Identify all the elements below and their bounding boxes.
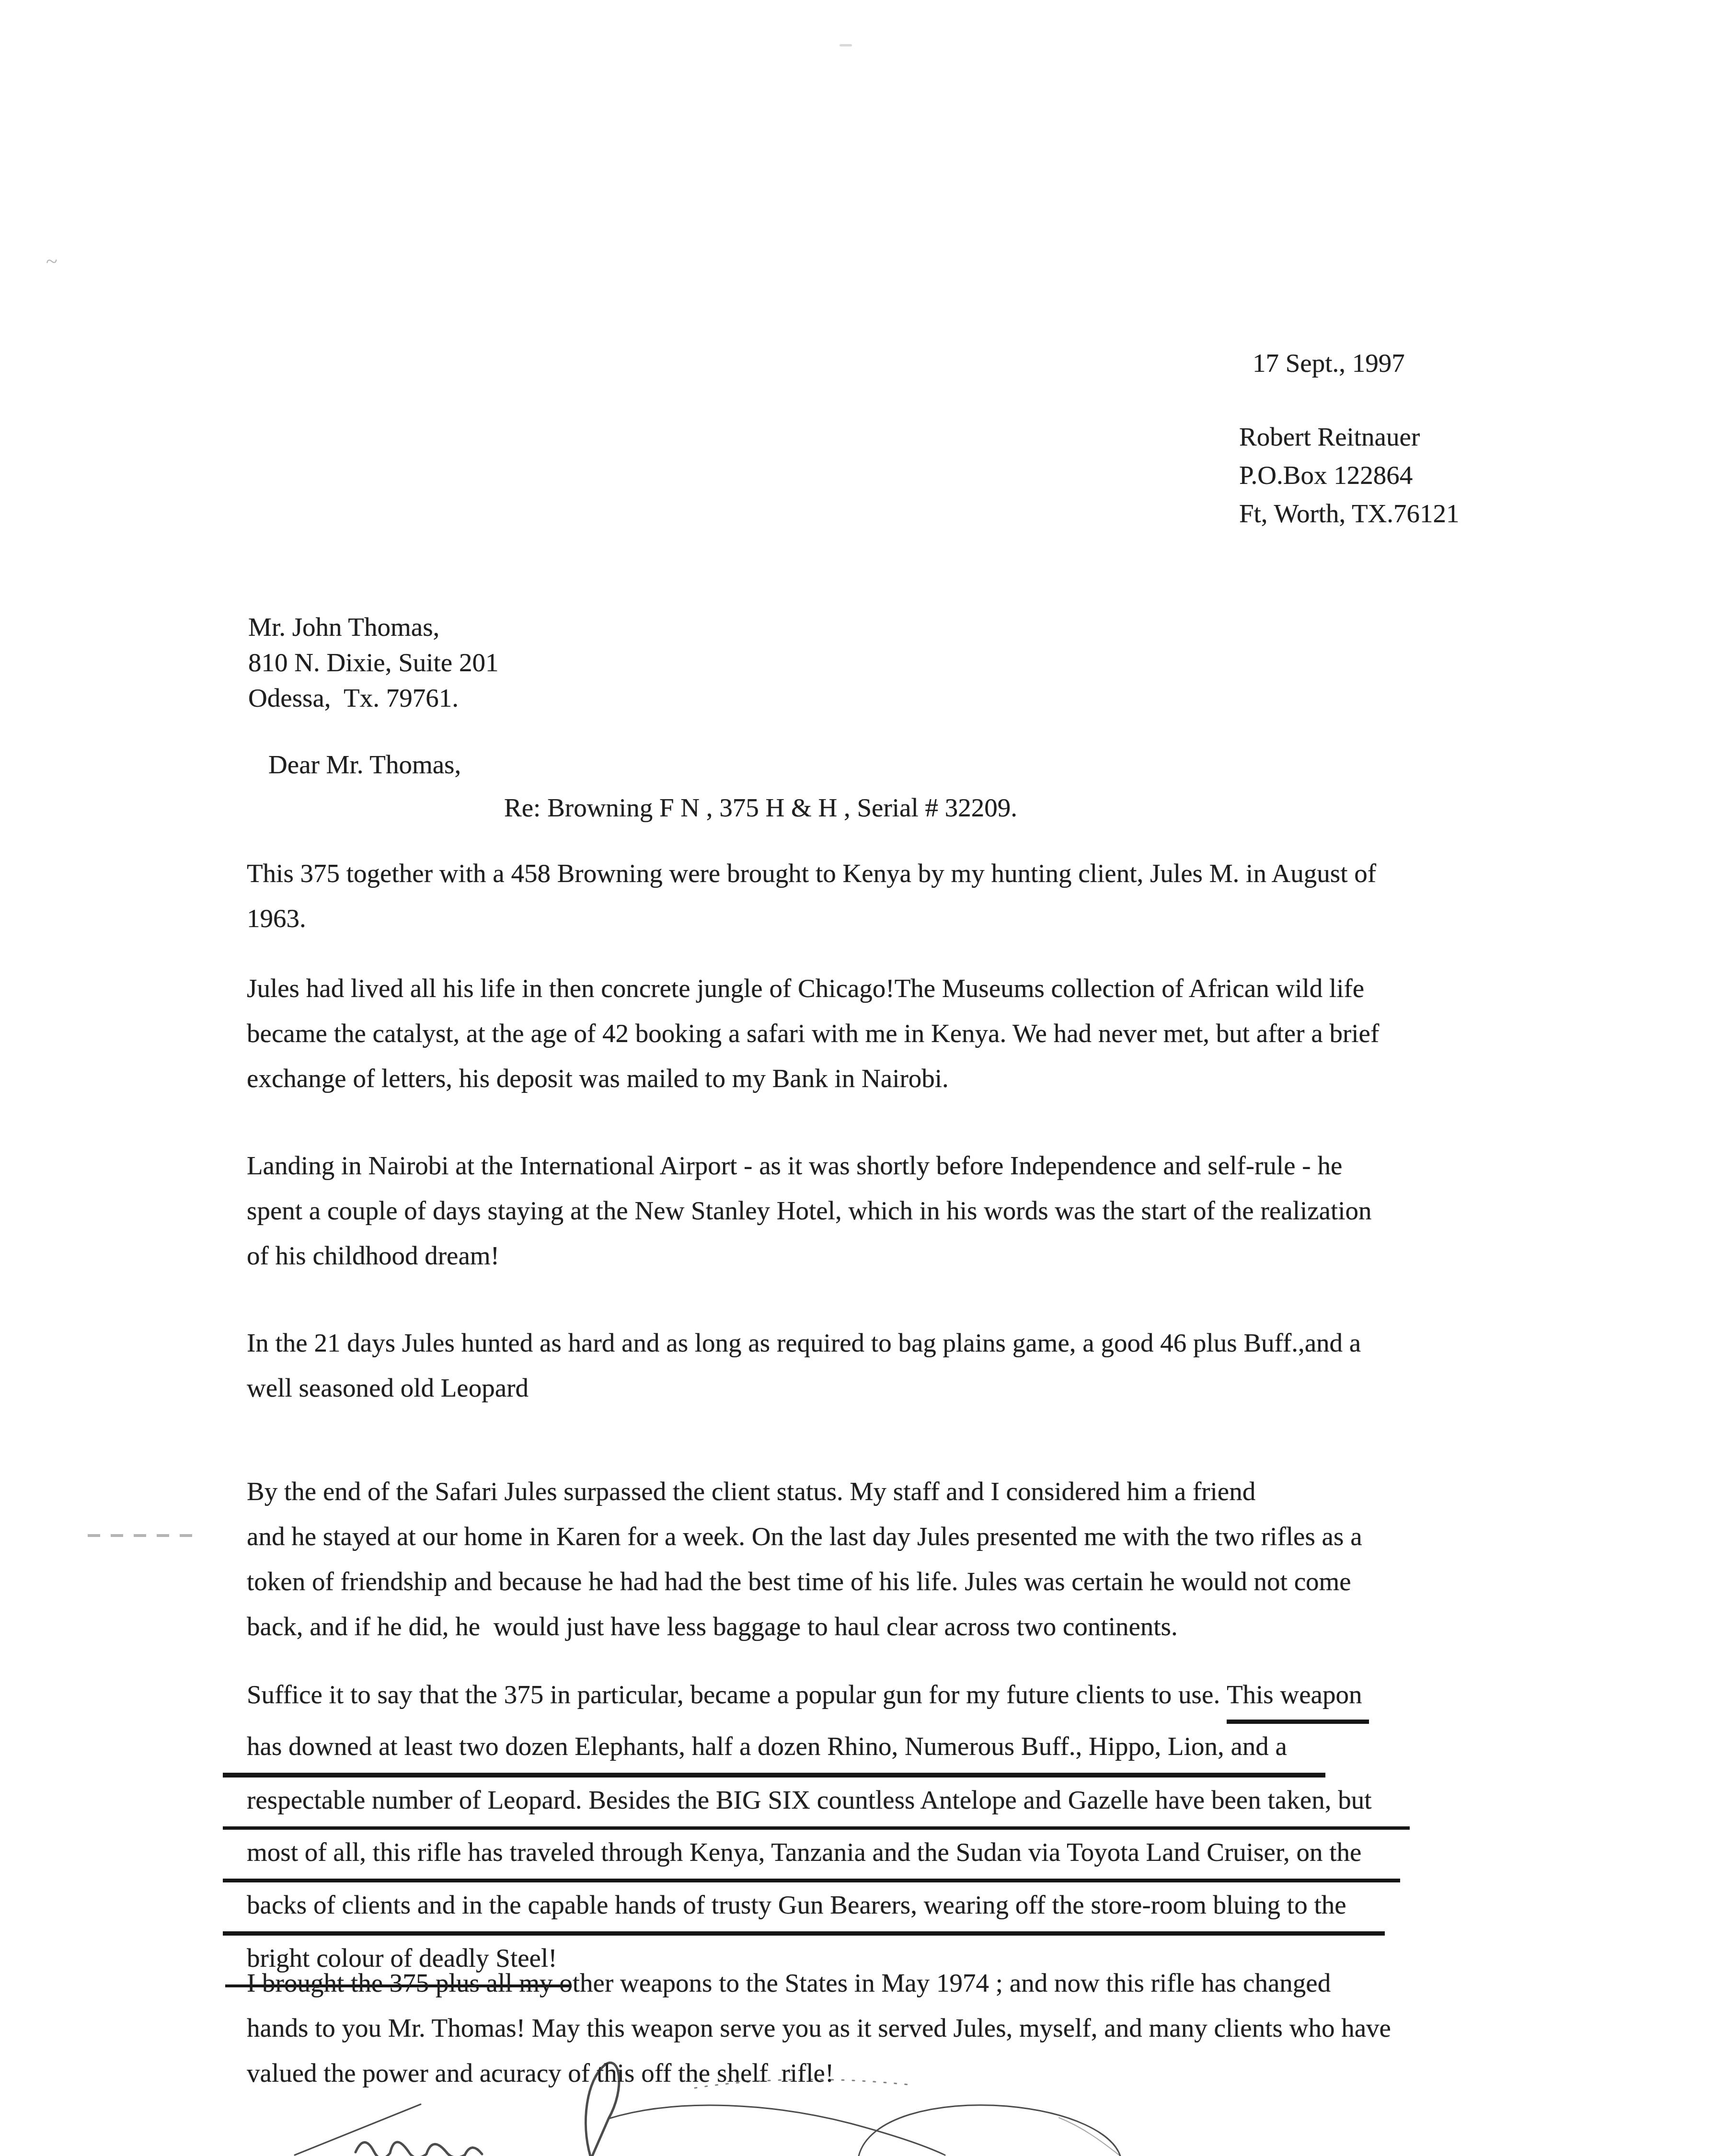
paragraph-3: Landing in Nairobi at the International … (247, 1143, 1372, 1278)
letter-page: ~ 17 Sept., 1997 Robert Reitnauer P.O.Bo… (0, 0, 1725, 2156)
paragraph-6: Suffice it to say that the 375 in partic… (247, 1672, 1410, 1987)
recipient-city: Odessa, Tx. 79761. (248, 680, 498, 716)
underlined-text: respectable number of Leopard. Besides t… (223, 1778, 1410, 1830)
paragraph-line: Suffice it to say that the 375 in partic… (247, 1672, 1410, 1724)
paragraph-line: In the 21 days Jules hunted as hard and … (247, 1320, 1361, 1365)
scan-artifact-speck (839, 44, 852, 46)
scan-artifact-dashes (88, 1534, 202, 1537)
scan-artifact-mark: ~ (46, 249, 57, 274)
paragraph-line: of his childhood dream! (247, 1233, 1372, 1278)
underlined-text: most of all, this rifle has traveled thr… (223, 1830, 1400, 1882)
underlined-text: backs of clients and in the capable hand… (223, 1882, 1385, 1936)
paragraph-line: 1963. (247, 896, 1376, 941)
paragraph-line: most of all, this rifle has traveled thr… (247, 1830, 1410, 1882)
paragraph-line: hands to you Mr. Thomas! May this weapon… (247, 2006, 1391, 2051)
paragraph-line: token of friendship and because he had h… (247, 1559, 1362, 1604)
paragraph-line: and he stayed at our home in Karen for a… (247, 1514, 1362, 1559)
paragraph-5: By the end of the Safari Jules surpassed… (247, 1469, 1362, 1649)
underlined-text: has downed at least two dozen Elephants,… (223, 1724, 1325, 1778)
sender-address: Robert Reitnauer P.O.Box 122864 Ft, Wort… (1239, 418, 1460, 533)
paragraph-line: I brought the 375 plus all my other weap… (247, 1961, 1391, 2006)
letter-date: 17 Sept., 1997 (1253, 344, 1405, 382)
paragraph-line: By the end of the Safari Jules surpassed… (247, 1469, 1362, 1514)
paragraph-line: backs of clients and in the capable hand… (247, 1882, 1410, 1936)
paragraph-line: respectable number of Leopard. Besides t… (247, 1778, 1410, 1830)
paragraph-line: exchange of letters, his deposit was mai… (247, 1056, 1379, 1101)
paragraph-4: In the 21 days Jules hunted as hard and … (247, 1320, 1361, 1411)
recipient-name: Mr. John Thomas, (248, 609, 498, 645)
recipient-street: 810 N. Dixie, Suite 201 (248, 645, 498, 680)
paragraph-line: back, and if he did, he would just have … (247, 1604, 1362, 1649)
paragraph-line: spent a couple of days staying at the Ne… (247, 1188, 1372, 1233)
salutation: Dear Mr. Thomas, (268, 745, 461, 784)
sender-name: Robert Reitnauer (1239, 418, 1460, 456)
paragraph-text: Suffice it to say that the 375 in partic… (247, 1680, 1227, 1709)
paragraph-line: This 375 together with a 458 Browning we… (247, 851, 1376, 896)
handwritten-signature (0, 2051, 1725, 2156)
recipient-address: Mr. John Thomas, 810 N. Dixie, Suite 201… (248, 609, 498, 716)
sender-po-box: P.O.Box 122864 (1239, 456, 1460, 494)
paragraph-2: Jules had lived all his life in then con… (247, 966, 1379, 1101)
paragraph-line: Jules had lived all his life in then con… (247, 966, 1379, 1011)
paragraph-line: well seasoned old Leopard (247, 1365, 1361, 1411)
subject-line: Re: Browning F N , 375 H & H , Serial # … (504, 789, 1017, 827)
underlined-text: This weapon (1227, 1672, 1369, 1724)
paragraph-line: Landing in Nairobi at the International … (247, 1143, 1372, 1188)
paragraph-1: This 375 together with a 458 Browning we… (247, 851, 1376, 941)
paragraph-line: became the catalyst, at the age of 42 bo… (247, 1011, 1379, 1056)
paragraph-line: has downed at least two dozen Elephants,… (247, 1724, 1410, 1778)
sender-city: Ft, Worth, TX.76121 (1239, 494, 1460, 533)
